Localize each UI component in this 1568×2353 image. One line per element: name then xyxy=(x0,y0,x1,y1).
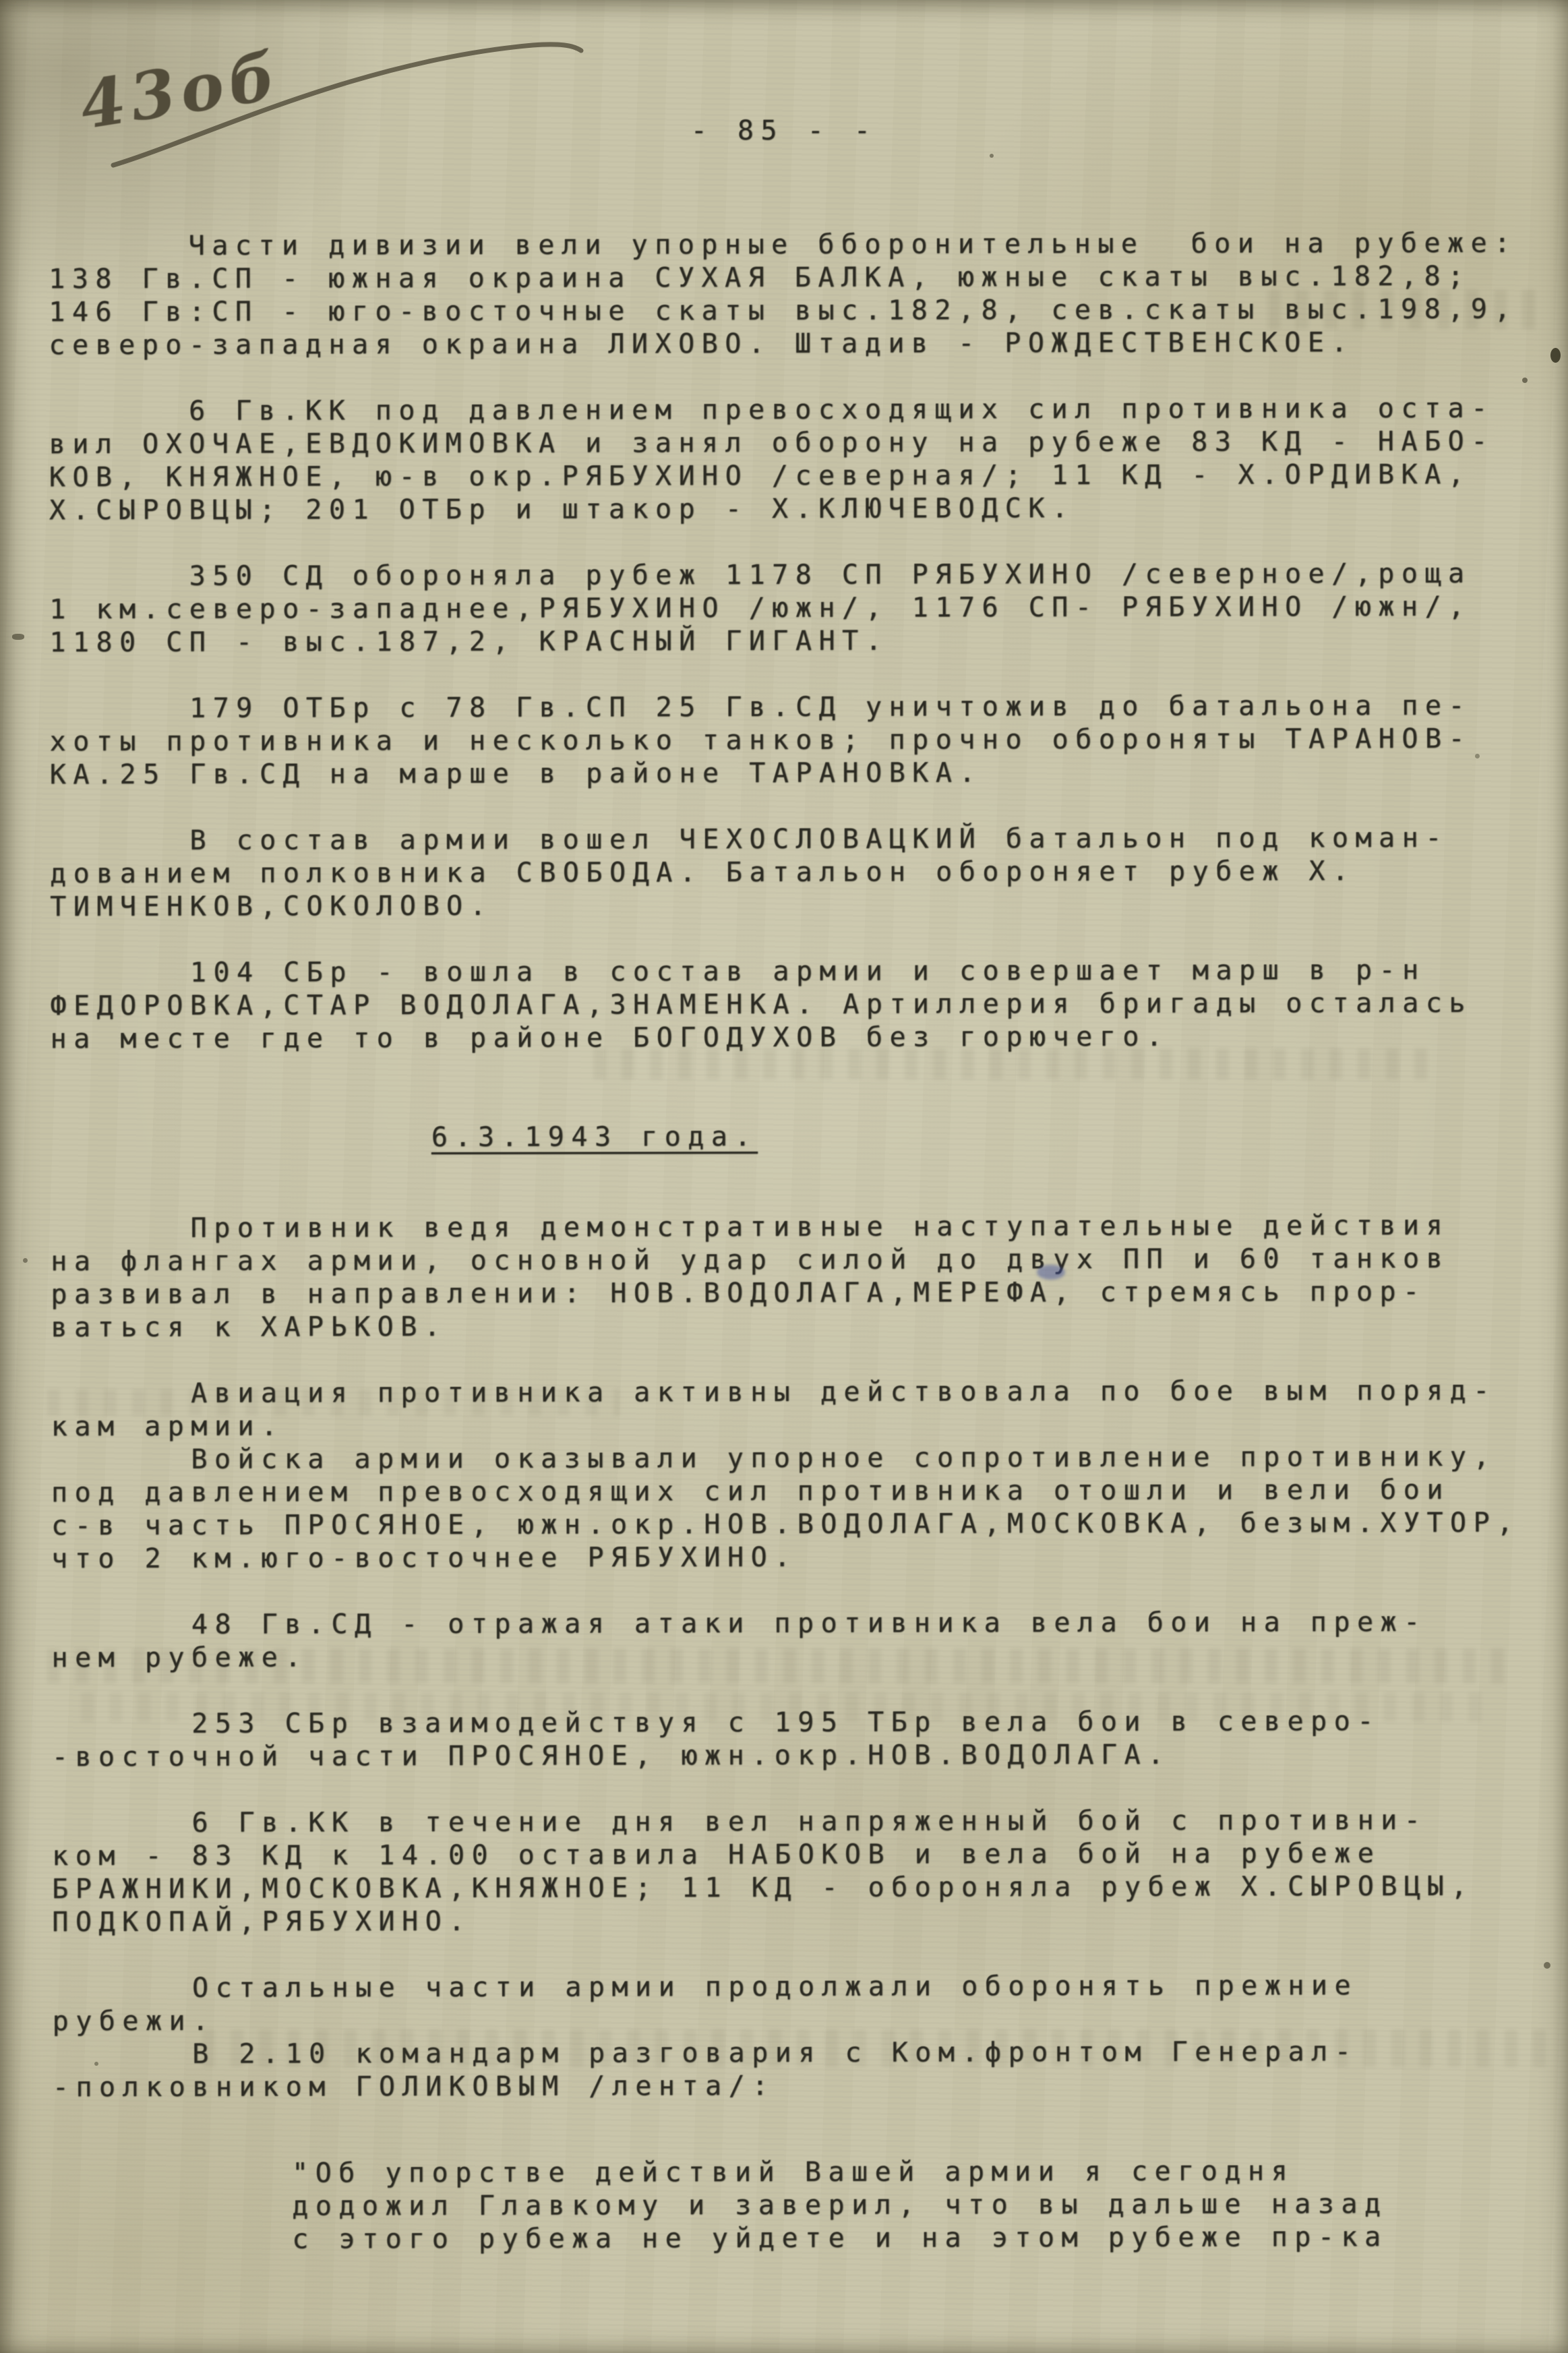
blue-pen-mark xyxy=(1037,1265,1065,1280)
paragraph-czechoslovak-battalion: В состав армии вошел ЧЕХОСЛОВАЦКИЙ батал… xyxy=(50,822,1567,924)
page-number: - 85 - - xyxy=(0,0,1568,148)
bleedthrough-smudge xyxy=(1267,290,1537,329)
ink-speck xyxy=(990,154,994,158)
bleedthrough-smudge xyxy=(47,1389,620,1416)
date-heading: 6.3.1943 года. xyxy=(431,1119,1568,1155)
commander-quote-block: "Об упорстве действий Вашей армии я сего… xyxy=(292,2155,1568,2257)
paragraph-6gvkk-retreat: 6 Гв.КК под давлением превосходящих сил … xyxy=(49,392,1566,528)
paragraph-104sbr: 104 СБр - вошла в состав армии и соверша… xyxy=(50,954,1567,1056)
ink-speck xyxy=(1522,378,1528,383)
document-body: Части дивизии вели упорные бборонительны… xyxy=(0,146,1568,2257)
ink-speck xyxy=(23,1258,28,1263)
ink-speck xyxy=(1475,754,1480,758)
paragraph-350sd: 350 СД обороняла рубеж 1178 СП РЯБУХИНО … xyxy=(49,558,1567,660)
bleedthrough-smudge xyxy=(593,1048,1443,1079)
bleedthrough-smudge xyxy=(81,1692,1497,1722)
ink-speck xyxy=(12,634,24,640)
paragraph-179otbr: 179 ОТБр с 78 Гв.СП 25 Гв.СД уничтожив д… xyxy=(49,690,1567,792)
bleedthrough-smudge xyxy=(47,1648,1517,1684)
ink-speck xyxy=(1544,1962,1550,1969)
scanned-document-page: 43об - 85 - - Части дивизии вели упорные… xyxy=(0,0,1568,2353)
paragraph-6gvkk-day-battle: 6 Гв.КК в течение дня вел напряженный бо… xyxy=(52,1804,1568,1940)
bleedthrough-smudge xyxy=(202,2029,1550,2067)
ink-speck xyxy=(1550,348,1561,363)
paragraph-enemy-actions: Противник ведя демонстративные наступате… xyxy=(51,1210,1568,1345)
ink-speck xyxy=(94,2062,98,2066)
